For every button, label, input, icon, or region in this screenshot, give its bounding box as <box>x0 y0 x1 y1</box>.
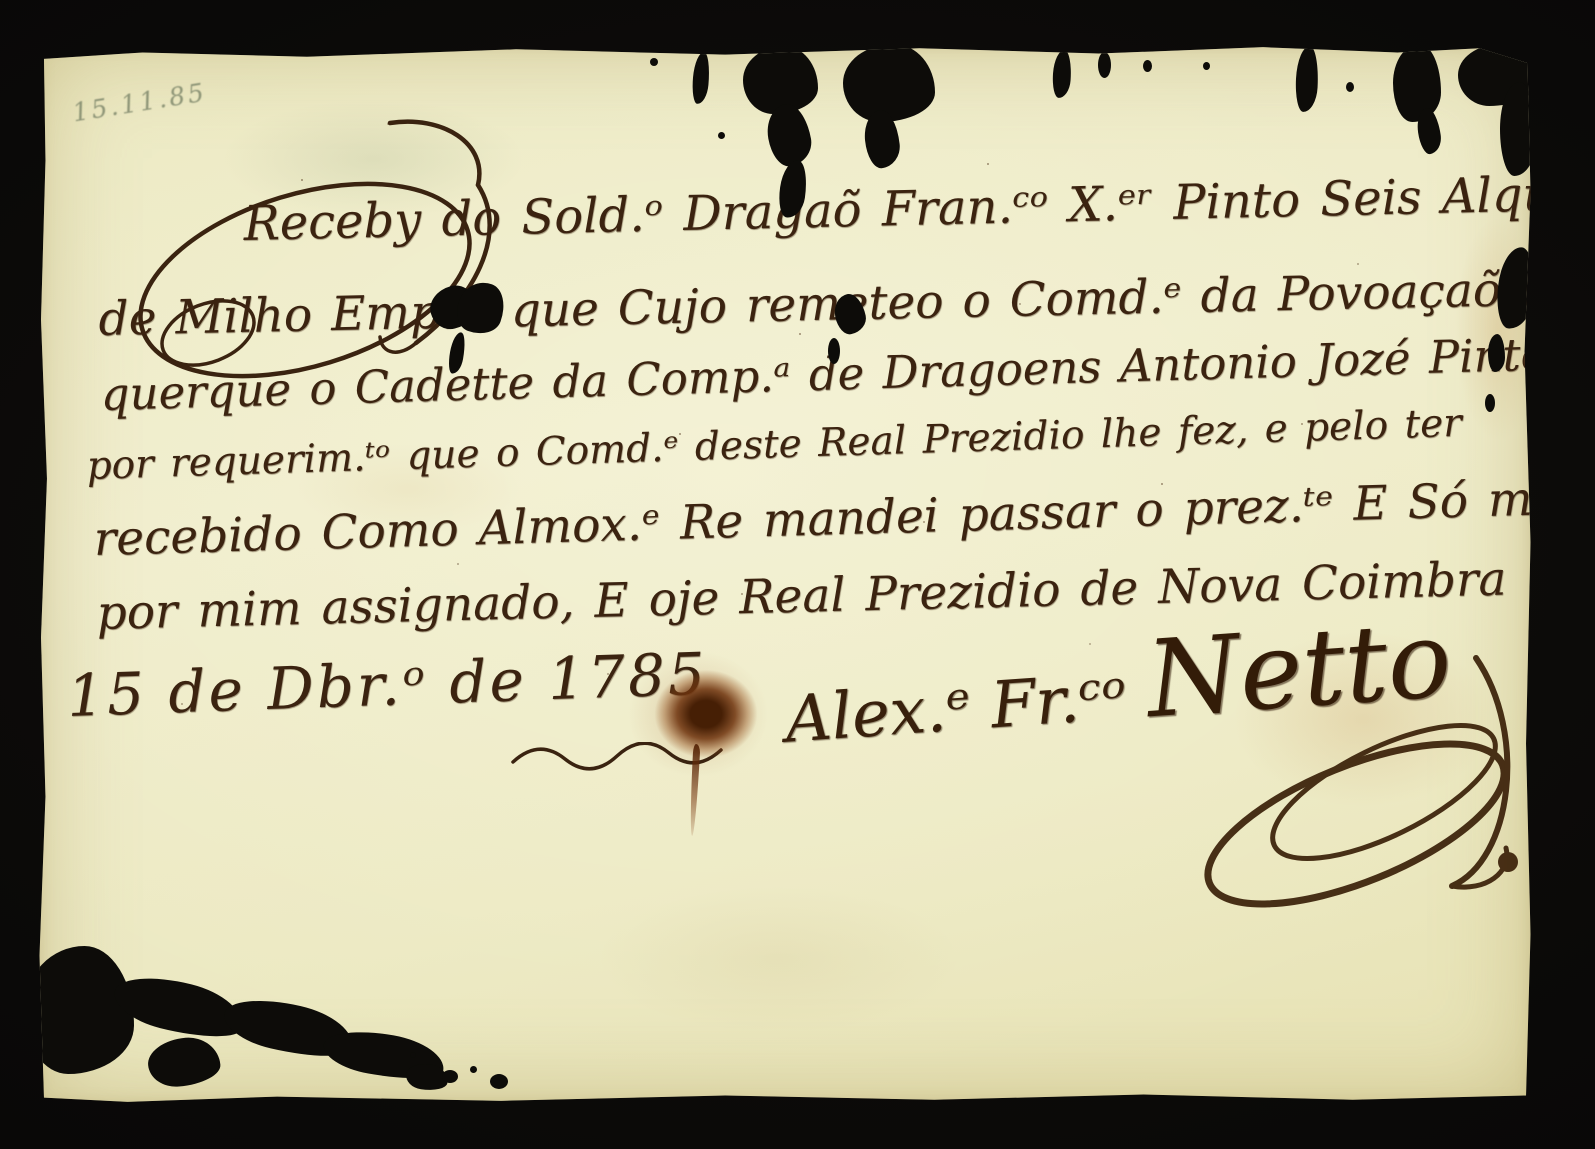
date-line: 15 de Dbr.ᵒ de 1785 <box>66 640 709 730</box>
ink-blot <box>828 338 840 364</box>
ink-stain-drip <box>689 744 701 836</box>
document-paper: 15.11.85 Receby do Sold.ᵒ Dragaõ Fran.ᶜᵒ… <box>38 44 1532 1104</box>
manuscript-line: recebido Como Almox.ᵉ Re mandei passar o… <box>93 471 1578 567</box>
signature-block: Alex.ᵉ Fr.ᶜᵒNetto <box>780 597 1455 766</box>
torn-edge <box>1485 394 1495 412</box>
ink-speck <box>470 1066 477 1073</box>
ink-speck <box>1346 82 1354 92</box>
ink-blot <box>843 44 935 122</box>
ink-speck <box>650 58 658 66</box>
scan-background: 15.11.85 Receby do Sold.ᵒ Dragaõ Fran.ᶜᵒ… <box>0 0 1595 1149</box>
manuscript-line: Receby do Sold.ᵒ Dragaõ Fran.ᶜᵒ X.ᵉʳ Pin… <box>243 164 1595 251</box>
ink-blot <box>1393 44 1441 122</box>
paper-stain <box>518 854 1038 1064</box>
ink-blot <box>1051 49 1072 98</box>
signature-surname: Netto <box>1143 597 1455 741</box>
ink-speck <box>410 1052 416 1058</box>
ink-speck <box>718 132 725 139</box>
ink-speck <box>1143 60 1152 72</box>
torn-corner <box>1500 82 1536 176</box>
torn-edge <box>1494 245 1538 330</box>
paper-crack <box>146 1035 222 1089</box>
ink-speck <box>1203 62 1210 70</box>
signature-prefix: Alex.ᵉ Fr.ᶜᵒ <box>783 660 1129 758</box>
ink-blot <box>1098 52 1111 78</box>
ink-speckles <box>38 44 42 48</box>
ink-blot <box>691 51 711 104</box>
ink-speck <box>442 1070 458 1083</box>
date-underline-swash-icon <box>508 742 758 776</box>
ink-blot <box>1415 107 1443 156</box>
torn-corner <box>24 946 134 1074</box>
torn-edge <box>1488 334 1505 372</box>
archival-pencil-note: 15.11.85 <box>71 78 209 128</box>
ink-blot <box>743 46 818 114</box>
ink-blot <box>1294 45 1319 112</box>
ink-speck <box>490 1074 508 1089</box>
